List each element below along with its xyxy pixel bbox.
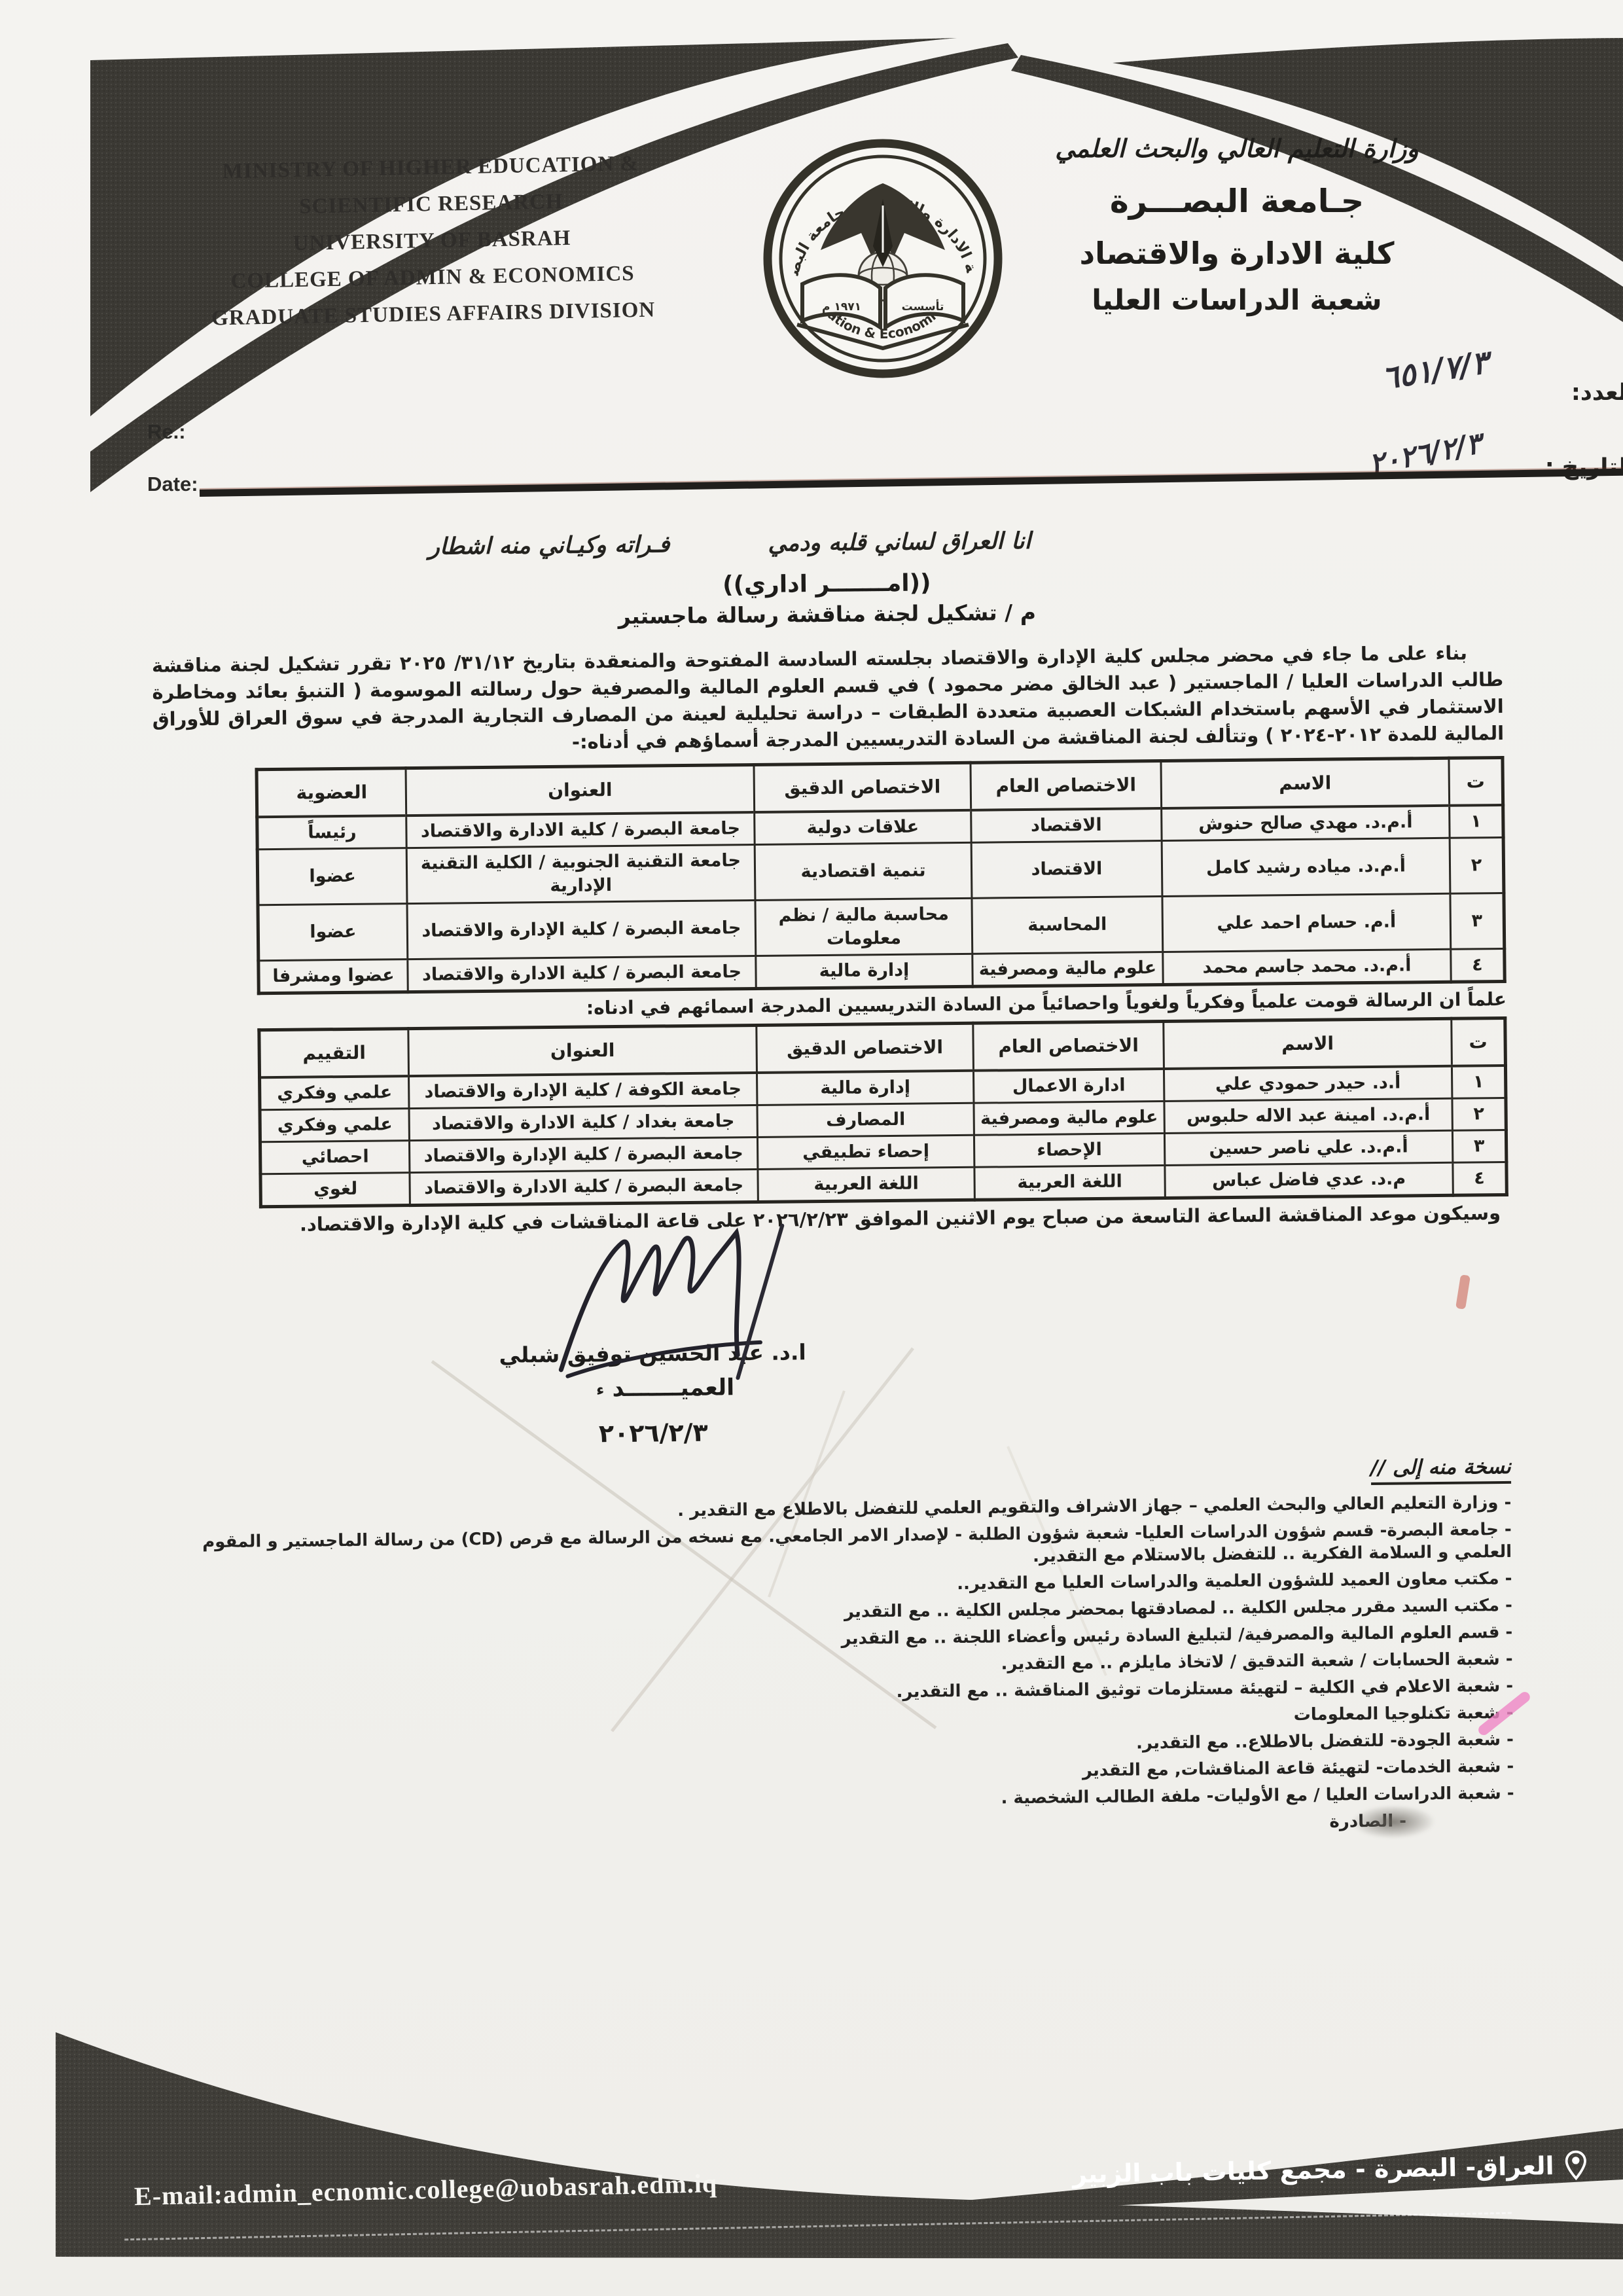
table-cell: جامعة الكوفة / كلية الإدارة والاقتصاد bbox=[409, 1073, 757, 1109]
table-cell: ١ bbox=[1450, 805, 1503, 838]
seal-established-word: تأسست bbox=[902, 299, 944, 314]
motto-right-half: انا العراق لساني قلبه ودمي bbox=[768, 528, 1031, 557]
table-cell: جامعة التقنية الجنوبية / الكلية التقنية … bbox=[406, 844, 755, 903]
table-cell: جامعة البصرة / كلية الادارة والاقتصاد bbox=[408, 956, 756, 992]
table-cell: أ.م.د. محمد جاسم محمد bbox=[1163, 949, 1451, 984]
table-cell: ٣ bbox=[1452, 1130, 1506, 1162]
dean-title-mark: ء bbox=[596, 1380, 605, 1399]
column-header: الاختصاص العام bbox=[973, 1022, 1164, 1071]
table-cell: اللغة العربية bbox=[758, 1167, 974, 1202]
copies-heading: نسخة منه إلى // bbox=[1370, 1455, 1511, 1485]
table-cell: م.د. عدي فاضل عباس bbox=[1165, 1162, 1453, 1198]
college-seal-logo: كلية الادارة والاقتصاد - جامعة البصرة Ad… bbox=[758, 128, 1008, 389]
column-header: الاختصاص الدقيق bbox=[754, 762, 971, 812]
table-cell: جامعة بغداد / كلية الادارة والاقتصاد bbox=[409, 1105, 757, 1140]
column-header: التقييم bbox=[259, 1029, 409, 1078]
table-cell: علوم مالية ومصرفية bbox=[974, 1101, 1164, 1135]
signature-block: ا.د. عبد الحسين توفيق شبلي العميـــــــد… bbox=[442, 1235, 863, 1449]
table-cell: عضوا bbox=[257, 848, 407, 905]
evaluators-table: تالاسمالاختصاص العامالاختصاص الدقيقالعنو… bbox=[257, 1016, 1508, 1208]
university-line-arabic: جـامعة البصـــرة bbox=[1008, 183, 1466, 220]
dean-title-text: العميـــــــد bbox=[612, 1374, 734, 1402]
table-cell: ٢ bbox=[1452, 1098, 1506, 1130]
table-cell: الاقتصاد bbox=[971, 808, 1162, 842]
table-cell: علمي وفكري bbox=[260, 1076, 409, 1110]
table-cell: أ.م. حسام احمد علي bbox=[1162, 893, 1451, 952]
college-seal-icon: كلية الادارة والاقتصاد - جامعة البصرة Ad… bbox=[758, 128, 1008, 389]
table-cell: المصارف bbox=[757, 1103, 974, 1137]
table-cell: اللغة العربية bbox=[974, 1165, 1165, 1200]
column-header: الاختصاص العام bbox=[971, 761, 1162, 810]
table-cell: إدارة مالية bbox=[756, 954, 972, 988]
copies-distribution-list: - وزارة التعليم العالي والبحث العلمي – ج… bbox=[160, 1492, 1514, 1844]
scanned-document-page: MINISTRY OF HIGHER EDUCATION & SCIENTIFI… bbox=[0, 0, 1623, 2296]
column-header: الاختصاص الدقيق bbox=[757, 1023, 974, 1073]
column-header: العنوان bbox=[406, 764, 755, 816]
table-cell: علاقات دولية bbox=[755, 810, 971, 845]
table-cell: الاقتصاد bbox=[971, 841, 1162, 899]
dean-title: العميـــــــد ء bbox=[443, 1373, 862, 1403]
signature-date: ٢٠٢٦/٢/٣ bbox=[444, 1416, 863, 1449]
table-cell: أ.م.د. علي ناصر حسين bbox=[1164, 1130, 1452, 1165]
table-cell: ٢ bbox=[1450, 838, 1504, 894]
table-cell: جامعة البصرة / كلية الإدارة والاقتصاد bbox=[407, 900, 756, 959]
seal-established-year: ١٩٧١ م bbox=[822, 300, 861, 314]
table-cell: علمي وفكري bbox=[260, 1109, 409, 1142]
table-cell: محاسبة مالية / نظم معلومات bbox=[755, 898, 972, 956]
college-line-arabic: كلية الادارة والاقتصاد bbox=[1008, 236, 1466, 271]
table-cell: تنمية اقتصادية bbox=[755, 842, 972, 900]
table-cell: المحاسبة bbox=[972, 897, 1163, 954]
ministry-header-english: MINISTRY OF HIGHER EDUCATION & SCIENTIFI… bbox=[181, 145, 682, 338]
table-cell: أ.م.د. امينة عبد الاله حلبوس bbox=[1164, 1098, 1452, 1133]
location-pin-icon bbox=[1565, 2150, 1588, 2181]
column-header: ت bbox=[1449, 758, 1503, 806]
table-cell: أ.م.د. مهدي صالح حنوش bbox=[1162, 806, 1450, 841]
table-cell: احصائي bbox=[260, 1141, 409, 1174]
table-cell: إحصاء تطبيقي bbox=[757, 1135, 974, 1169]
table-cell: علوم مالية ومصرفية bbox=[972, 952, 1163, 987]
table-cell: أ.م.د. مياده رشيد كامل bbox=[1162, 838, 1450, 896]
date-label-english: Date: bbox=[147, 473, 198, 496]
table-cell: ٣ bbox=[1450, 893, 1505, 949]
order-body-paragraph: بناء على ما جاء في محضر مجلس كلية الإدار… bbox=[152, 639, 1504, 760]
column-header: ت bbox=[1452, 1018, 1506, 1066]
document-body: انا العراق لساني قلبه ودمي فـراته وكيـان… bbox=[151, 524, 1514, 1849]
table-cell: لغوي bbox=[260, 1173, 410, 1207]
ref-number-label: العدد: bbox=[1571, 380, 1623, 406]
motto-left-half: فـراته وكيـاني منه اشطار bbox=[429, 531, 670, 560]
table-cell: ٤ bbox=[1451, 948, 1505, 982]
ministry-line-arabic: وزارة التعليم العالي والبحث العلمي bbox=[1008, 134, 1466, 163]
ministry-header-arabic: وزارة التعليم العالي والبحث العلمي جـامع… bbox=[1008, 134, 1466, 317]
column-header: الاسم bbox=[1161, 758, 1450, 808]
division-line-arabic: شعبة الدراسات العليا bbox=[1008, 284, 1466, 317]
table-cell: ادارة الاعمال bbox=[973, 1069, 1164, 1103]
column-header: الاسم bbox=[1164, 1018, 1452, 1069]
table-cell: ٤ bbox=[1453, 1162, 1507, 1195]
re-label: Re.: bbox=[147, 420, 186, 444]
table-cell: أ.د. حيدر حمودي علي bbox=[1164, 1066, 1452, 1102]
table-cell: الإحصاء bbox=[974, 1133, 1164, 1167]
dean-name: ا.د. عبد الحسين توفيق شبلي bbox=[442, 1235, 862, 1368]
table-cell: جامعة البصرة / كلية الادارة والاقتصاد bbox=[410, 1169, 758, 1205]
table-cell: عضوا bbox=[258, 904, 408, 961]
table-cell: إدارة مالية bbox=[757, 1071, 974, 1105]
column-header: العضوية bbox=[257, 768, 406, 817]
list-item: - جامعة البصرة- قسم شؤون الدراسات العليا… bbox=[160, 1518, 1512, 1576]
column-header: العنوان bbox=[408, 1025, 757, 1076]
table-cell: جامعة البصرة / كلية الادارة والاقتصاد bbox=[406, 812, 755, 848]
table-cell: عضوا ومشرفا bbox=[259, 960, 408, 994]
table-cell: جامعة البصرة / كلية الإدارة والاقتصاد bbox=[409, 1137, 757, 1172]
table-cell: رئيساً bbox=[257, 816, 406, 850]
table-cell: ١ bbox=[1452, 1066, 1505, 1098]
committee-table: تالاسمالاختصاص العامالاختصاص الدقيقالعنو… bbox=[255, 756, 1506, 995]
